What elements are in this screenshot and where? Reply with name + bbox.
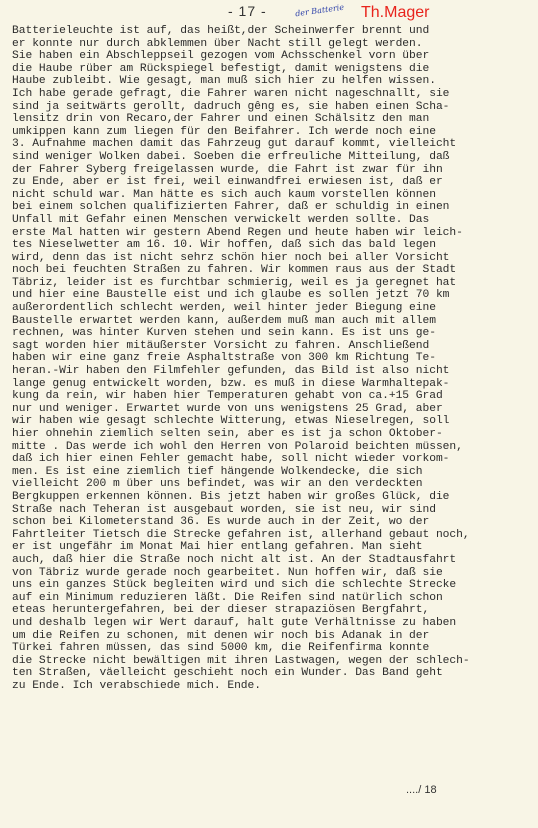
text-line: Türkei fahren müssen, das sind 5000 km, … [12,642,532,655]
continuation-marker: ..../ 18 [406,784,437,796]
text-line: auch, daß hier die Straße noch nicht alt… [12,554,532,567]
text-line: Batterieleuchte ist auf, das heißt,der S… [12,25,532,38]
text-line: haben wir eine ganz freie Asphaltstraße … [12,352,532,365]
text-line: wir haben wie gesagt schlechte Witterung… [12,415,532,428]
text-line: Haube zubleibt. Wie gesagt, man muß sich… [12,75,532,88]
text-line: er konnte nur durch abklemmen über Nacht… [12,38,532,51]
text-line: wird, denn das ist nicht sehrz schön hie… [12,252,532,265]
page-number: - 17 - [228,3,267,19]
text-line: erste Mal hatten wir gestern Abend Regen… [12,227,532,240]
text-line: Straße nach Teheran ist ausgebaut worden… [12,504,532,517]
text-line: nicht schuld war. Man hätte es sich auch… [12,189,532,202]
text-line: zu Ende. Ich verabschiede mich. Ende. [12,680,532,693]
text-line: die Strecke nicht bewältigen mit ihren L… [12,655,532,668]
text-line: sind ja seitwärts gerollt, dadruch gêng … [12,101,532,114]
text-line: schon bei Kilometerstand 36. Es wurde au… [12,516,532,529]
text-line: Ich habe gerade gefragt, die Fahrer ware… [12,88,532,101]
text-line: uns ein ganzes Stück begleiten wird und … [12,579,532,592]
text-line: tes Nieselwetter am 16. 10. Wir hoffen, … [12,239,532,252]
text-line: Unfall mit Gefahr einen Menschen verwick… [12,214,532,227]
text-line: nur und weniger. Erwartet wurde von uns … [12,403,532,416]
text-line: ten Straßen, väelleicht geschieht noch e… [12,667,532,680]
text-line: bei einem solchen qualifizierten Fahrer,… [12,201,532,214]
text-line: heran.-Wir haben den Filmfehler gefunden… [12,365,532,378]
page-header: - 17 - der Batterie Th.Mager [0,2,538,26]
text-line: Täbriz, leider ist es furchtbar schmieri… [12,277,532,290]
text-line: auf ein Minimum reduzieren läßt. Die Rei… [12,592,532,605]
text-line: rechnen, was hinter Kurven stehen und se… [12,327,532,340]
text-line: vielleicht 200 m über uns befindet, was … [12,478,532,491]
text-line: Fahrtleiter Tietsch die Strecke gefahren… [12,529,532,542]
text-line: er ist ungefähr im Monat Mai hier entlan… [12,541,532,554]
text-line: mitte . Das werde ich wohl den Herren vo… [12,441,532,454]
text-line: der Fahrer Syberg freigelassen wurde, di… [12,164,532,177]
text-line: daß ich hier einen Fehler gemacht habe, … [12,453,532,466]
text-line: sagt worden hier mitäußerster Vorsicht z… [12,340,532,353]
author-label: Th.Mager [361,4,429,22]
text-line: und deshalb legen wir Wert darauf, halt … [12,617,532,630]
text-line: Sie haben ein Abschleppseil gezogen vom … [12,50,532,63]
text-line: hier ohnehin ziemlich selten sein, aber … [12,428,532,441]
text-line: umkippen kann zum liegen für den Beifahr… [12,126,532,139]
text-line: lange genug entwickelt worden, bzw. es m… [12,378,532,391]
text-line: men. Es ist eine ziemlich tief hängende … [12,466,532,479]
text-line: um die Reifen zu schonen, mit denen wir … [12,630,532,643]
text-line: noch bei feuchten Straßen zu fahren. Wir… [12,264,532,277]
text-line: die Haube rüber am Rückspiegel befestigt… [12,63,532,76]
text-line: lensitz drin von Recaro,der Fahrer und e… [12,113,532,126]
text-line: 3. Aufnahme machen damit das Fahrzeug gu… [12,138,532,151]
text-line: sind weniger Wolken dabei. Soeben die er… [12,151,532,164]
text-line: eteas heruntergefahren, bei der dieser s… [12,604,532,617]
text-line: kung da rein, wir haben hier Temperature… [12,390,532,403]
text-line: Bergkuppen erkennen können. Bis jetzt ha… [12,491,532,504]
handwritten-note: der Batterie [295,3,345,19]
text-line: von Täbriz wurde gerade noch gearbeitet.… [12,567,532,580]
typewritten-body: Batterieleuchte ist auf, das heißt,der S… [12,25,532,692]
text-line: außerordentlich schlecht werden, weil hi… [12,302,532,315]
text-line: und hier eine Baustelle eist und ich gla… [12,289,532,302]
text-line: Baustelle erwartet werden kann, außerdem… [12,315,532,328]
text-line: zu Ende, aber er ist frei, weil einwandf… [12,176,532,189]
